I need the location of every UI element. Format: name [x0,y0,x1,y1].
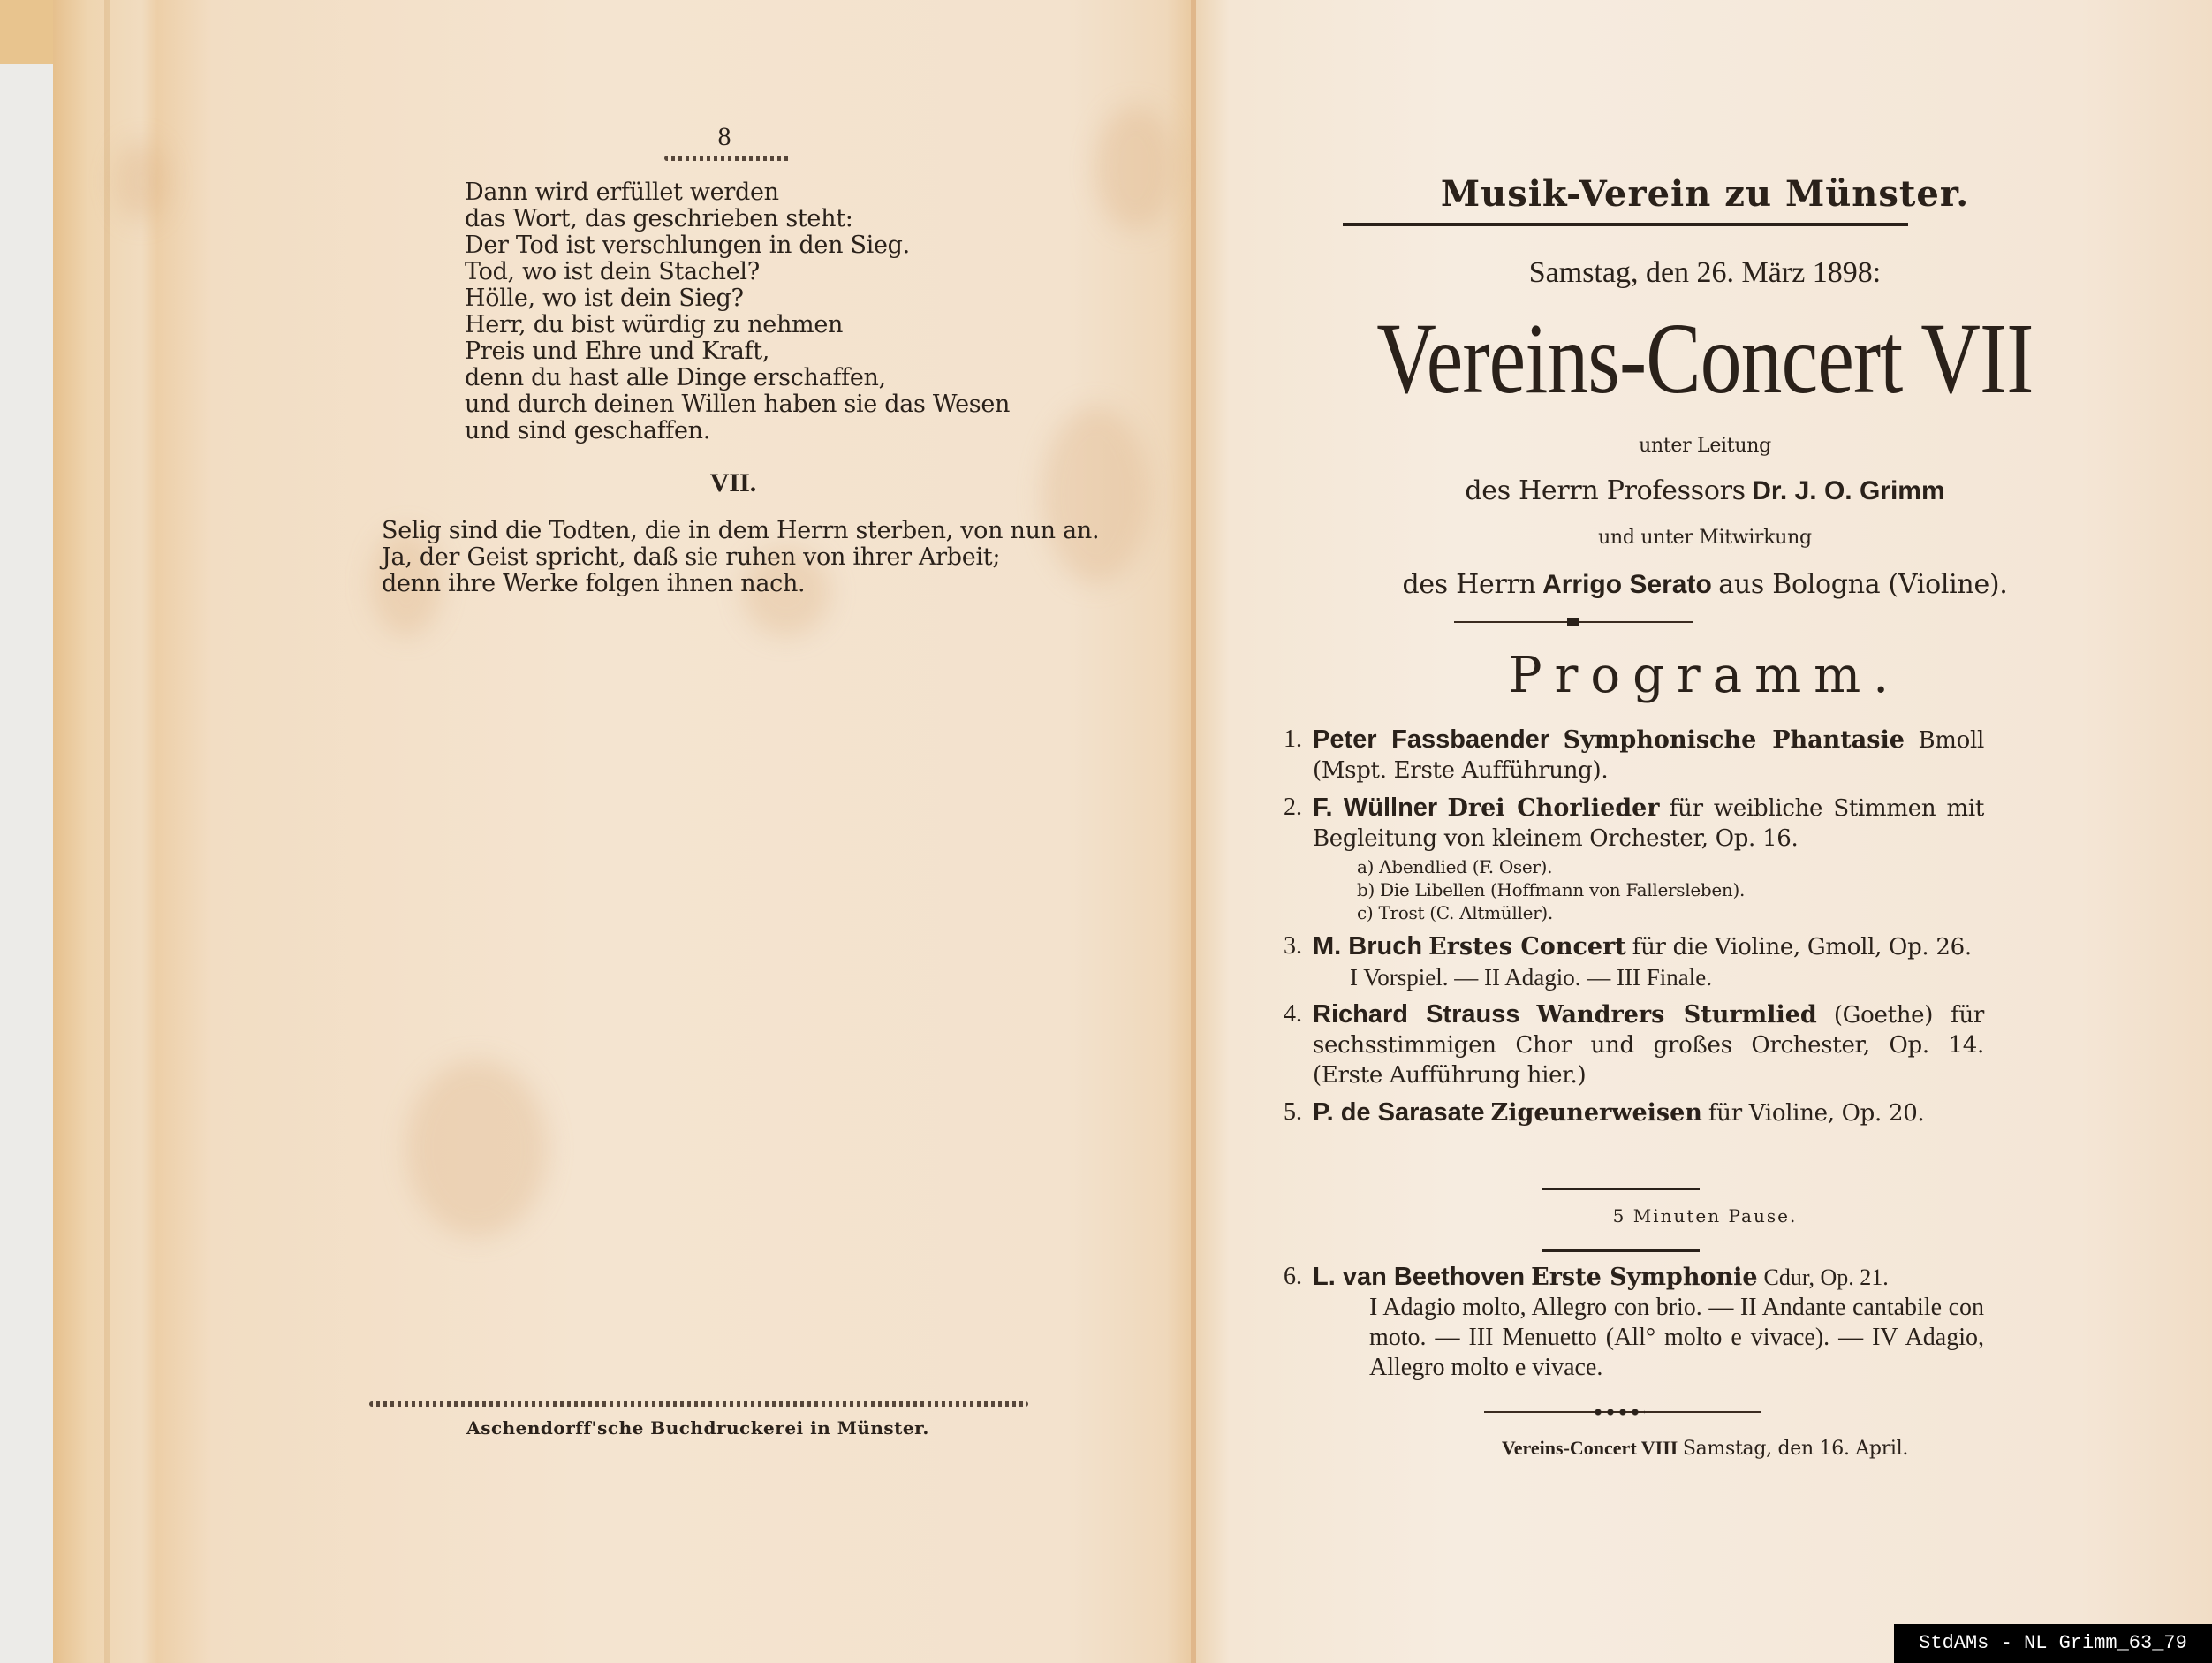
concert-date: Samstag, den 26. März 1898: [1237,256,2173,290]
society-title: Musik-Verein zu Münster. [1237,173,2173,215]
song-item: a) Abendlied (F. Oser). [1357,855,1984,878]
verse-block: Dann wird erfüllet werden das Wort, das … [465,179,1010,444]
composer: Peter Fassbaender [1313,725,1549,754]
song-item: b) Die Libellen (Hoffmann von Fallersleb… [1357,878,1984,901]
verse-line: Hölle, wo ist dein Sieg? [465,285,1010,312]
program-heading: Programm. [1237,647,2173,704]
verse-line: Selig sind die Todten, die in dem Herrn … [382,518,1099,544]
soloist-line: des Herrn Arrigo Serato aus Bologna (Vio… [1237,569,2173,600]
movements: I Adagio molto, Allegro con brio. — II A… [1369,1293,1984,1383]
composer: Richard Strauss [1313,1000,1519,1029]
section-heading: VII. [689,468,777,498]
verse-line: denn ihre Werke folgen ihnen nach. [382,571,1099,597]
item-number: 1. [1269,725,1302,755]
work-title: Erstes Concert [1428,933,1626,961]
verse-line: Ja, der Geist spricht, daß sie ruhen von… [382,544,1099,571]
conductor-prefix: des Herrn Professors [1465,475,1745,506]
composer: L. van Beethoven [1313,1263,1525,1291]
next-concert-title: Vereins-Concert VIII [1502,1437,1678,1459]
ornament-icon [1567,618,1579,626]
verse-line: Preis und Ehre und Kraft, [465,338,1010,365]
work-title: Symphonische Phantasie [1564,726,1905,754]
work-title: Drei Chorlieder [1447,794,1659,822]
conductor-name: Dr. J. O. Grimm [1752,476,1944,505]
paper-stain [1095,106,1175,230]
paper-stain [406,1060,548,1237]
book-gutter [1191,0,1196,1663]
page-number: 8 [689,122,760,152]
conductor-line: des Herrn Professors Dr. J. O. Grimm [1237,475,2173,506]
verse-line: Tod, wo ist dein Stachel? [465,259,1010,285]
scan-backdrop-orange [0,0,55,64]
song-list: a) Abendlied (F. Oser). b) Die Libellen … [1357,855,1984,924]
composer: F. Wüllner [1313,794,1437,822]
program-list: 1. Peter Fassbaender Symphonische Phanta… [1269,725,1984,1135]
section-verse-block: Selig sind die Todten, die in dem Herrn … [382,518,1099,597]
soloist-suffix: aus Bologna (Violine). [1718,569,2007,600]
program-item: 3. M. Bruch Erstes Concert für die Violi… [1269,931,1984,992]
verse-line: Herr, du bist würdig zu nehmen [465,312,1010,338]
work-detail: Cdur, Op. 21. [1764,1264,1889,1290]
program-item: 6. L. van Beethoven Erste Symphonie Cdur… [1269,1262,1984,1383]
soloist-name: Arrigo Serato [1542,570,1712,599]
next-concert-date: Samstag, den 16. April. [1683,1438,1908,1460]
soloist-prefix: des Herrn [1402,569,1535,600]
left-page-fold [104,0,110,1663]
item-number: 4. [1269,999,1302,1029]
printer-rule [369,1401,1028,1407]
concert-title: Vereins-Concert VII [1321,306,2088,412]
verse-line: das Wort, das geschrieben steht: [465,206,1010,232]
item-number: 5. [1269,1097,1302,1128]
pause-rule-top [1542,1188,1700,1190]
society-rule [1343,223,1908,226]
cooperation-intro: und unter Mitwirkung [1237,527,2173,549]
work-title: Zigeunerweisen [1491,1099,1702,1127]
next-concert-line: Vereins-Concert VIII Samstag, den 16. Ap… [1237,1437,2173,1460]
verse-line: und sind geschaffen. [465,418,1010,444]
page-number-rule [664,156,792,161]
program-item: 5. P. de Sarasate Zigeunerweisen für Vio… [1269,1097,1984,1128]
verse-line: denn du hast alle Dinge erschaffen, [465,365,1010,391]
movements: I Vorspiel. — II Adagio. — III Finale. [1350,962,1984,992]
verse-line: und durch deinen Willen haben sie das We… [465,391,1010,418]
program-list-after-pause: 6. L. van Beethoven Erste Symphonie Cdur… [1269,1262,1984,1390]
composer: M. Bruch [1313,932,1422,961]
printer-imprint: Aschendorff'sche Buchdruckerei in Münste… [371,1417,1025,1439]
song-item: c) Trost (C. Altmüller). [1357,901,1984,924]
pause-rule-bottom [1542,1249,1700,1252]
program-item: 4. Richard Strauss Wandrers Sturmlied (G… [1269,999,1984,1090]
work-title: Erste Symphonie [1531,1264,1757,1291]
work-detail: für Violine, Op. 20. [1708,1100,1924,1127]
archive-label: StdAMs - NL Grimm_63_79 [1894,1624,2212,1663]
program-item: 1. Peter Fassbaender Symphonische Phanta… [1269,725,1984,786]
closing-ornament-icon [1592,1408,1645,1416]
verse-line: Dann wird erfüllet werden [465,179,1010,206]
item-number: 6. [1269,1262,1302,1292]
paper-stain [115,141,168,221]
composer: P. de Sarasate [1313,1098,1485,1127]
work-title: Wandrers Sturmlied [1537,1001,1817,1029]
work-detail: für die Violine, Gmoll, Op. 26. [1632,934,1972,961]
intermission: 5 Minuten Pause. [1237,1205,2173,1226]
verse-line: Der Tod ist verschlungen in den Sieg. [465,232,1010,259]
program-item: 2. F. Wüllner Drei Chorlieder für weibli… [1269,793,1984,924]
item-number: 2. [1269,793,1302,823]
conductor-intro: unter Leitung [1237,435,2173,457]
item-number: 3. [1269,931,1302,961]
